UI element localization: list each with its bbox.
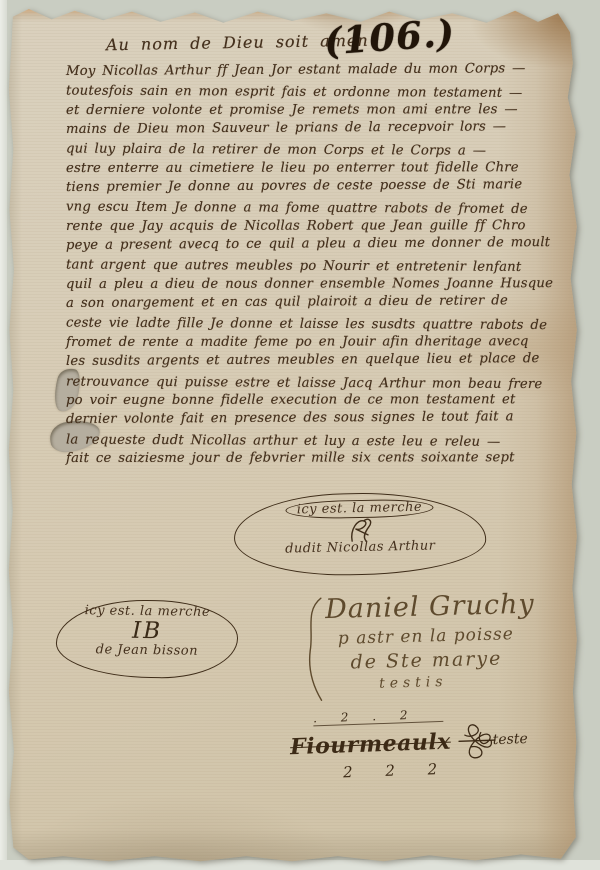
manuscript-line: mains de Dieu mon Sauveur le prians de l… — [66, 119, 558, 141]
bisson-mark-initials: IB — [57, 618, 237, 645]
scanned-manuscript: { "scan": { "page_number": "(106.)", "he… — [0, 0, 600, 870]
arthur-mark-cartouche: icy est. la merche dudit Nicollas Arthur — [233, 490, 487, 577]
manuscript-line: dernier volonte fait en presence des sou… — [66, 409, 558, 431]
bisson-mark-cartouche: icy est. la merche IB de Jean bisson — [55, 599, 238, 680]
manuscript-line: Moy Nicollas Arthur ff Jean Jor estant m… — [66, 61, 558, 83]
gruchy-witness-line: testis — [379, 671, 579, 692]
manuscript-line: fait ce saiziesme jour de febvrier mille… — [66, 450, 558, 470]
manuscript-line: les susdits argents et autres meubles en… — [66, 351, 558, 373]
tourmeaulx-witness-word: teste — [492, 731, 528, 748]
manuscript-page: Au nom de Dieu soit amen (106.) Moy Nico… — [6, 3, 578, 863]
tourmeaulx-name: Fiourmeaulx — [290, 729, 452, 761]
gruchy-signature-block: Daniel Gruchy p astr en la poisse de Ste… — [311, 588, 580, 694]
gruchy-parish-line: de Ste marye — [350, 646, 578, 674]
manuscript-line: tiens premier Je donne au povres de cest… — [66, 177, 558, 199]
paper-surface: Au nom de Dieu soit amen (106.) Moy Nico… — [6, 3, 578, 863]
manuscript-line: peye a present avecq to ce quil a pleu a… — [66, 235, 558, 257]
arthur-mark-caption: icy est. la merche — [286, 498, 434, 519]
bisson-mark-attribution: de Jean bisson — [57, 642, 237, 660]
page-number: (106.) — [323, 10, 457, 63]
signature-bracket-flourish-icon — [301, 596, 328, 703]
tourmeaulx-signature-block: . 2 . 2 Fiourmeaulx teste 2 2 2 — [289, 698, 591, 783]
gruchy-title-line: p astr en la poisse — [338, 623, 578, 649]
testament-body: Moy Nicollas Arthur ff Jean Jor estant m… — [66, 64, 558, 470]
manuscript-line: a son onargement et en cas quil plairoit… — [66, 293, 558, 315]
gruchy-name: Daniel Gruchy — [325, 588, 578, 626]
arthur-mark-attribution: dudit Nicollas Arthur — [235, 537, 485, 557]
